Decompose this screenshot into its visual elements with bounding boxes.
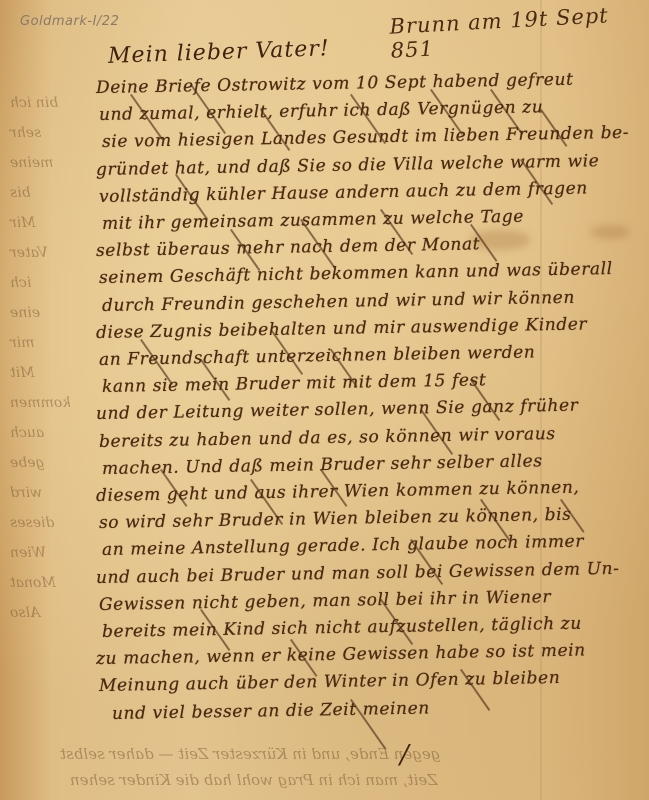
bleed-through-text: kommen (10, 395, 71, 411)
bleed-through-text: Mit (10, 365, 34, 381)
letter-line: und viel besser an die Zeit meinen (112, 698, 430, 724)
bleed-through-text: ich (10, 275, 31, 291)
letter-line: bereits mein Kind sich nicht aufzustelle… (102, 614, 582, 642)
ink-stain (590, 225, 630, 239)
bleed-through-text: meine (10, 155, 53, 171)
bleed-through-text: Wien (10, 545, 46, 561)
letter-line: Gewissen nicht geben, man soll bei ihr i… (99, 587, 551, 615)
letter-line: selbst überaus mehr nach dem der Monat (96, 234, 481, 261)
bleed-through-text: Also (10, 605, 40, 621)
bleed-through-text: sehr (10, 125, 41, 141)
letter-line: an meine Anstellung gerade. Ich glaube n… (102, 532, 584, 560)
letter-line: und zumal, erhielt, erfuhr ich daß Vergn… (99, 97, 544, 125)
bleed-through-text: bis (10, 185, 31, 201)
salutation: Mein lieber Vater! (108, 36, 330, 69)
dateline: Brunn am 19t Sept 851 (389, 1, 649, 62)
letter-line: seinem Geschäft nicht bekommen kann und … (99, 259, 613, 288)
bleed-through-text: dieses (10, 515, 54, 531)
bleed-through-text: wird (10, 485, 42, 501)
bleed-through-text: Zeit, man ich in Prag wohl hab die Kinde… (70, 771, 438, 789)
bleed-through-text: auch (10, 425, 44, 441)
letter-line: bereits zu haben und da es, so können wi… (99, 424, 556, 452)
letter-line: diese Zugnis beibehalten und mir auswend… (96, 314, 588, 343)
letter-line: Meinung auch über den Winter in Ofen zu … (99, 668, 561, 696)
letter-page: Goldmark-I/22 Brunn am 19t Sept 851 Mein… (0, 0, 649, 800)
letter-line: mit ihr gemeinsam zusammen zu welche Tag… (102, 207, 524, 234)
bleed-through-text: Mir (10, 215, 36, 231)
bleed-through-text: bin ich (10, 95, 58, 111)
letter-line: Deine Briefe Ostrowitz vom 10 Sept haben… (96, 70, 574, 98)
letter-line: sie vom hiesigen Landes Gesundt im liebe… (102, 123, 629, 152)
letter-line: kann sie mein Bruder mit mit dem 15 fest (102, 370, 487, 397)
bleed-through-text: gebe (10, 455, 45, 471)
letter-line: vollständig kühler Hause andern auch zu … (99, 178, 588, 207)
letter-line: zu machen, wenn er keine Gewissen habe s… (96, 641, 586, 670)
bleed-through-text: eine (10, 305, 40, 321)
letter-line: an Freundschaft unterzeichnen bleiben we… (99, 342, 536, 370)
archive-reference: Goldmark-I/22 (20, 14, 119, 29)
letter-line: und der Leitung weiter sollen, wenn Sie … (96, 396, 579, 424)
bleed-through-text: mir (10, 335, 34, 351)
bleed-through-text: Monat (10, 575, 56, 591)
bleed-through-text: Vater (10, 245, 48, 261)
letter-line: durch Freundin geschehen und wir und wir… (102, 287, 575, 315)
